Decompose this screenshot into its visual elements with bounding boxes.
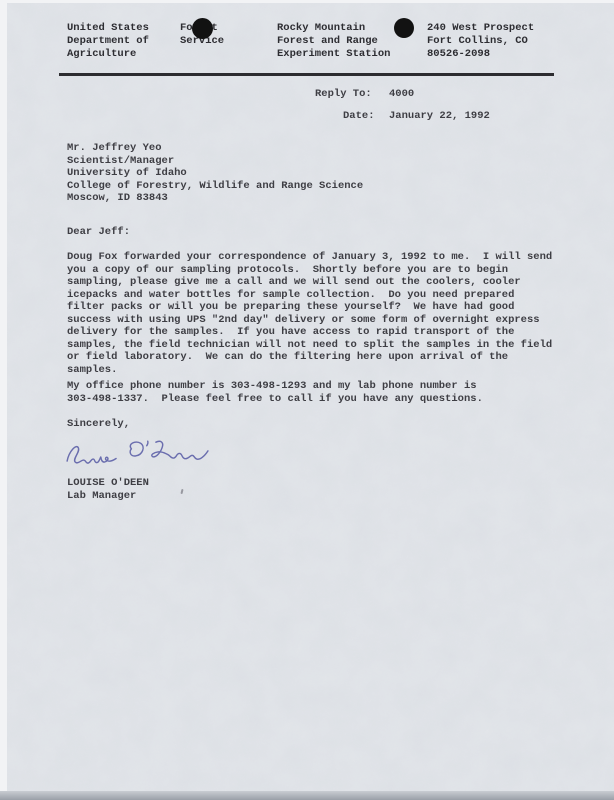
scanned-letter-page: United StatesDepartment ofAgriculture Fo…: [0, 0, 614, 800]
text-line: Rocky Mountain: [277, 22, 390, 35]
text-line: United States: [67, 22, 149, 35]
signature-stroke: [130, 442, 143, 456]
redaction-dot-icon: [394, 18, 414, 38]
reply-to-value: 4000: [389, 88, 414, 101]
text-line: Mr. Jeffrey Yeo: [67, 142, 363, 155]
letterhead-address: 240 West ProspectFort Collins, CO80526-2…: [427, 22, 534, 61]
text-line: filter packs or will you be preparing th…: [67, 301, 552, 314]
text-line: Scientist/Manager: [67, 155, 363, 168]
text-line: University of Idaho: [67, 167, 363, 180]
signature-stroke: [152, 441, 208, 459]
redaction-dot-icon: [192, 18, 213, 39]
letterhead-station: Rocky MountainForest and RangeExperiment…: [277, 22, 390, 61]
text-line: 80526-2098: [427, 48, 534, 61]
reply-to-label: Reply To:: [315, 88, 372, 101]
text-line: 303-498-1337. Please feel free to call i…: [67, 393, 483, 406]
handwritten-signature: [62, 438, 210, 476]
date-value: January 22, 1992: [389, 110, 490, 123]
closing: Sincerely,: [67, 418, 130, 431]
scan-edge-left: [0, 0, 7, 800]
body-paragraph-2: My office phone number is 303-498-1293 a…: [67, 380, 483, 405]
text-line: you a copy of our sampling protocols. Sh…: [67, 264, 552, 277]
text-line: icepacks and water bottles for sample co…: [67, 289, 552, 302]
text-line: My office phone number is 303-498-1293 a…: [67, 380, 483, 393]
text-line: samples.: [67, 364, 552, 377]
signer-name: LOUISE O'DEEN: [67, 477, 149, 490]
signature-stroke: [147, 441, 148, 446]
scan-edge-top: [0, 0, 614, 3]
signature-stroke: [67, 447, 116, 463]
letterhead-divider: [59, 73, 554, 76]
text-line: delivery for the samples. If you have ac…: [67, 326, 552, 339]
text-line: Agriculture: [67, 48, 149, 61]
body-paragraph-1: Doug Fox forwarded your correspondence o…: [67, 251, 552, 376]
text-line: or field laboratory. We can do the filte…: [67, 351, 552, 364]
letterhead-agency: United StatesDepartment ofAgriculture: [67, 22, 149, 61]
text-line: 240 West Prospect: [427, 22, 534, 35]
text-line: success with using UPS "2nd day" deliver…: [67, 314, 552, 327]
date-label: Date:: [343, 110, 375, 123]
text-line: sampling, please give me a call and we w…: [67, 276, 552, 289]
recipient-address: Mr. Jeffrey YeoScientist/ManagerUniversi…: [67, 142, 363, 205]
signer-title: Lab Manager: [67, 490, 136, 503]
salutation: Dear Jeff:: [67, 226, 130, 239]
text-line: Moscow, ID 83843: [67, 192, 363, 205]
text-line: Fort Collins, CO: [427, 35, 534, 48]
text-line: College of Forestry, Wildlife and Range …: [67, 180, 363, 193]
text-line: samples, the field technician will not n…: [67, 339, 552, 352]
text-line: Experiment Station: [277, 48, 390, 61]
text-line: Forest and Range: [277, 35, 390, 48]
text-line: Doug Fox forwarded your correspondence o…: [67, 251, 552, 264]
text-line: Department of: [67, 35, 149, 48]
scan-edge-bottom: [0, 791, 614, 800]
